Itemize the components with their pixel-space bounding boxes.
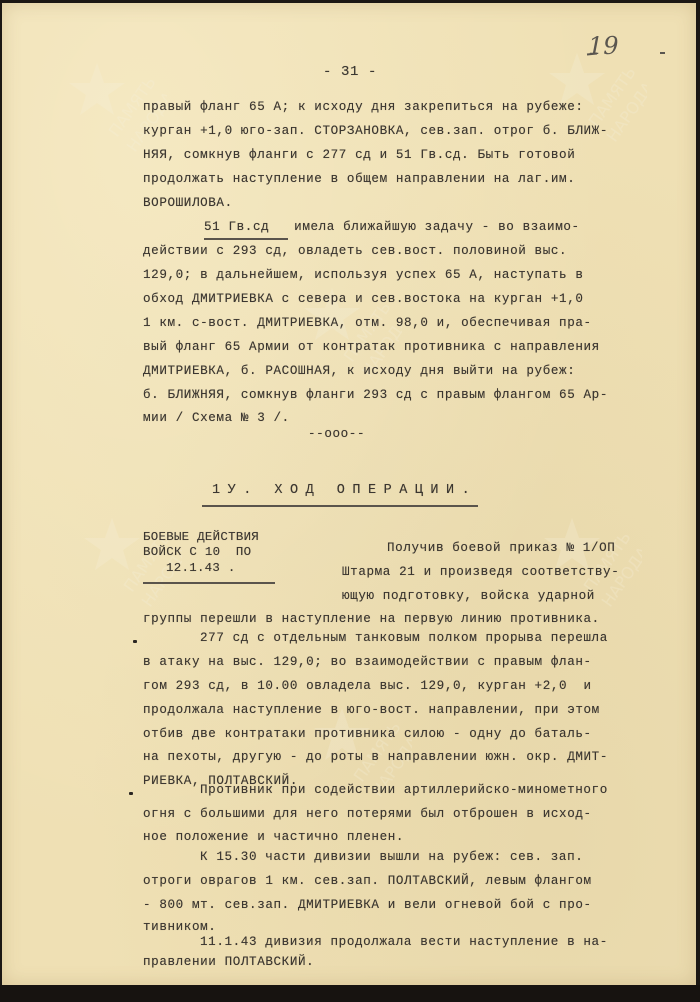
section-separator: --ооо-- [308, 427, 365, 441]
svg-text:ПАМЯТЬ: ПАМЯТЬ [340, 298, 395, 365]
section-heading: 1У. ХОД ОПЕРАЦИИ. [212, 483, 477, 498]
side-heading-underline [143, 582, 275, 584]
text-line: - 800 мт. сев.зап. ДМИТРИЕВКА и вели огн… [143, 898, 592, 912]
side-heading-line: ВОЙСК С 10 ПО [143, 545, 251, 559]
text-line: огня с большими для него потерями был от… [143, 807, 592, 821]
text-line: действии с 293 сд, овладеть сев.вост. по… [143, 244, 567, 258]
heading-underline [202, 505, 478, 507]
ink-mark [133, 640, 137, 643]
text-line: ющую подготовку, войска ударной [342, 589, 595, 603]
unit-underline [204, 238, 288, 240]
text-line: ДМИТРИЕВКА, б. РАСОШНАЯ, к исходу дня вы… [143, 364, 575, 378]
text-line: в атаку на выс. 129,0; во взаимодействии… [143, 655, 592, 669]
archive-number-dash [660, 52, 665, 54]
ink-mark [129, 792, 133, 795]
text-line: мии / Схема № 3 /. [143, 411, 290, 425]
text-line: вый фланг 65 Армии от контратак противни… [143, 340, 600, 354]
text-line: К 15.30 части дивизии вышли на рубеж: се… [200, 850, 583, 864]
text-line: продолжала наступление в юго-вост. напра… [143, 703, 600, 717]
text-line: 129,0; в дальнейшем, используя успех 65 … [143, 268, 584, 282]
text-line: 277 сд с отдельным танковым полком проры… [200, 631, 608, 645]
text-line: Штарма 21 и произведя соответству- [342, 565, 619, 579]
text-line: курган +1,0 юго-зап. СТОРЗАНОВКА, сев.за… [143, 124, 608, 138]
text-line: правлении ПОЛТАВСКИЙ. [143, 955, 314, 969]
text-line: ВОРОШИЛОВА. [143, 196, 233, 210]
text-line: имела ближайшую задачу - во взаимо- [286, 220, 580, 234]
text-line: Получив боевой приказ № 1/ОП [387, 541, 615, 555]
text-line: продолжать наступление в общем направлен… [143, 172, 575, 186]
scan-border [0, 985, 700, 1002]
side-heading-line: БОЕВЫЕ ДЕЙСТВИЯ [143, 530, 259, 544]
text-line: обход ДМИТРИЕВКА с севера и сев.востока … [143, 292, 584, 306]
text-line: на пехоты, другую - до роты в направлени… [143, 750, 608, 764]
svg-text:ПАМЯТЬ: ПАМЯТЬ [580, 528, 635, 595]
text-line: НЯЯ, сомкнув фланги с 277 сд и 51 Гв.сд.… [143, 148, 575, 162]
text-line: гом 293 сд, в 10.00 овладела выс. 129,0,… [143, 679, 592, 693]
text-line: отбив две контратаки противника силою - … [143, 727, 592, 741]
text-line: отроги оврагов 1 км. сев.зап. ПОЛТАВСКИЙ… [143, 874, 592, 888]
side-heading-line: 12.1.43 . [166, 561, 236, 575]
text-line: 1 км. с-вост. ДМИТРИЕВКА, отм. 98,0 и, о… [143, 316, 592, 330]
text-line: тивником. [143, 920, 216, 934]
text-line: Противник при содействии артиллерийско-м… [200, 783, 608, 797]
text-line: правый фланг 65 А; к исходу дня закрепит… [143, 100, 584, 114]
text-line: 11.1.43 дивизия продолжала вести наступл… [200, 935, 608, 949]
svg-text:НАРОДА: НАРОДА [603, 78, 647, 145]
text-line: ное положение и частично пленен. [143, 830, 404, 844]
text-line: группы перешли в наступление на первую л… [143, 612, 600, 626]
page-number: - 31 - [0, 64, 700, 80]
archive-sheet-number: 19 [588, 32, 619, 60]
svg-text:НАРОДА: НАРОДА [123, 88, 167, 155]
unit-designation: 51 Гв.сд [204, 220, 269, 234]
text-line: б. БЛИЖНЯЯ, сомкнув фланги 293 сд с прав… [143, 388, 608, 402]
